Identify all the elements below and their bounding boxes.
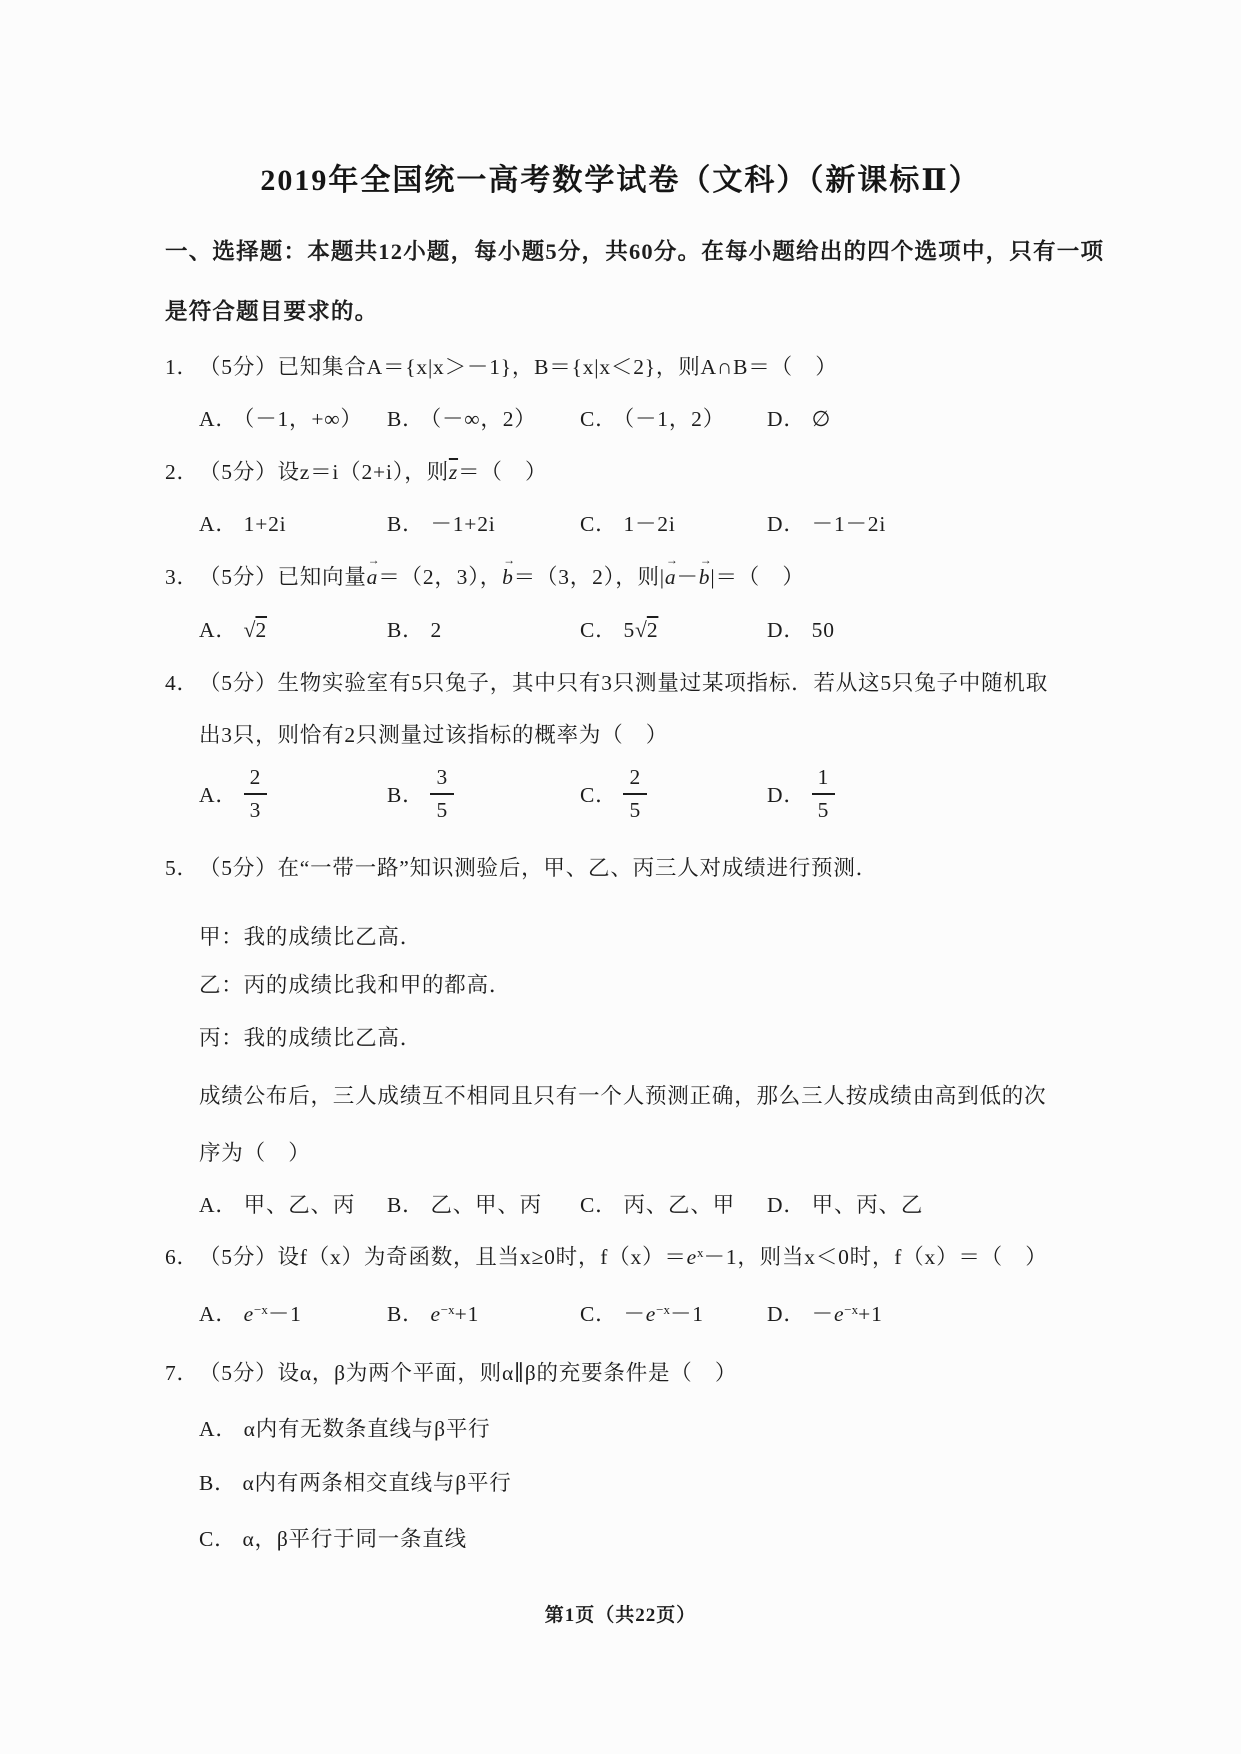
- option-b: B．e−x+1: [387, 1297, 580, 1328]
- exponent: −x: [656, 1302, 670, 1317]
- numerator: 2: [623, 765, 647, 795]
- option-c: C．丙、乙、甲: [580, 1188, 767, 1219]
- option-label: D．: [767, 618, 806, 642]
- option-label: D．: [767, 1193, 806, 1217]
- option-d: D．－1－2i: [767, 507, 1085, 538]
- question-2: 2． （5分）设z＝i（2+i），则z＝（ ）: [165, 455, 1085, 486]
- question-stem: （5分）已知集合A＝{x|x＞－1}，B＝{x|x＜2}，则A∩B＝（ ）: [199, 350, 838, 381]
- question-stem: （5分）已知向量→a＝（2，3），→b＝（3，2），则|→a－→b|＝（ ）: [199, 560, 805, 591]
- vector-arrow-icon: →: [368, 553, 380, 568]
- question-stem: （5分）在“一带一路”知识测验后，甲、乙、丙三人对成绩进行预测．: [199, 851, 878, 882]
- option-b: B．35: [387, 765, 580, 822]
- question-5-result-line1: 成绩公布后，三人成绩互不相同且只有一个人预测正确，那么三人按成绩由高到低的次: [199, 1079, 1085, 1110]
- option-c: C．－e−x－1: [580, 1297, 767, 1328]
- numerator: 2: [244, 765, 268, 795]
- option-c: C．5√2: [580, 613, 767, 644]
- option-text: α内有无数条直线与β平行: [244, 1417, 491, 1441]
- question-stem: （5分）设f（x）为奇函数，且当x≥0时，f（x）＝ex－1，则当x＜0时，f（…: [199, 1240, 1048, 1271]
- exponent: −x: [441, 1302, 455, 1317]
- vector-arrow-icon: →: [666, 553, 678, 568]
- option-label: A．: [199, 618, 238, 642]
- page-title: 2019年全国统一高考数学试卷（文科）（新课标Ⅱ）: [0, 155, 1241, 199]
- option-label: C．: [199, 1527, 236, 1551]
- section-header-line2: 是符合题目要求的。: [165, 294, 1085, 326]
- option-text: 50: [812, 618, 835, 642]
- question-6: 6． （5分）设f（x）为奇函数，且当x≥0时，f（x）＝ex－1，则当x＜0时…: [165, 1240, 1085, 1271]
- option-text: （－1，2）: [623, 407, 725, 431]
- question-number: 2．: [165, 455, 199, 486]
- question-7-option-a: A．α内有无数条直线与β平行: [199, 1412, 1085, 1443]
- option-label: C．: [580, 1193, 617, 1217]
- vector-a: →a: [367, 565, 379, 590]
- option-label: B．: [387, 1302, 424, 1326]
- question-number: 4．: [165, 666, 199, 697]
- euler-e: e: [646, 1302, 656, 1326]
- fraction: 15: [812, 765, 836, 822]
- question-2-options: A．1+2i B．－1+2i C．1－2i D．－1－2i: [199, 507, 1085, 538]
- fraction: 25: [623, 765, 647, 822]
- question-stem-line1: （5分）生物实验室有5只兔子，其中只有3只测量过某项指标．若从这5只兔子中随机取: [199, 666, 1048, 697]
- question-1: 1． （5分）已知集合A＝{x|x＞－1}，B＝{x|x＜2}，则A∩B＝（ ）: [165, 350, 1085, 381]
- option-c: C．1－2i: [580, 507, 767, 538]
- option-label: A．: [199, 1417, 238, 1441]
- question-5-statement-jia: 甲：我的成绩比乙高．: [199, 920, 1085, 951]
- question-4: 4． （5分）生物实验室有5只兔子，其中只有3只测量过某项指标．若从这5只兔子中…: [165, 666, 1085, 697]
- radical-sign: √: [635, 618, 647, 642]
- vector-a: →a: [665, 565, 677, 590]
- question-6-options: A．e−x－1 B．e−x+1 C．－e−x－1 D．－e−x+1: [199, 1297, 1085, 1328]
- option-text: －1－2i: [812, 512, 886, 536]
- radicand: 2: [255, 618, 267, 642]
- question-5-options: A．甲、乙、丙 B．乙、甲、丙 C．丙、乙、甲 D．甲、丙、乙: [199, 1188, 1085, 1219]
- euler-e: e: [834, 1302, 844, 1326]
- page-footer: 第1页（共22页）: [0, 1600, 1241, 1627]
- question-7: 7． （5分）设α，β为两个平面，则α∥β的充要条件是（ ）: [165, 1356, 1085, 1387]
- euler-e: e: [687, 1245, 697, 1269]
- denominator: 5: [812, 795, 836, 823]
- option-c: C．（－1，2）: [580, 402, 767, 433]
- question-7-option-b: B．α内有两条相交直线与β平行: [199, 1466, 1085, 1497]
- option-text: 1－2i: [623, 512, 675, 536]
- option-label: B．: [387, 512, 424, 536]
- euler-e: e: [430, 1302, 440, 1326]
- option-c: C．25: [580, 765, 767, 822]
- option-label: B．: [387, 778, 424, 809]
- option-label: A．: [199, 778, 238, 809]
- option-label: C．: [580, 1302, 617, 1326]
- option-label: A．: [199, 1302, 238, 1326]
- radical-sign: √: [244, 618, 256, 642]
- question-7-option-c: C．α，β平行于同一条直线: [199, 1522, 1085, 1553]
- vector-b: →b: [699, 565, 711, 590]
- option-label: D．: [767, 1302, 806, 1326]
- option-label: C．: [580, 512, 617, 536]
- question-5: 5． （5分）在“一带一路”知识测验后，甲、乙、丙三人对成绩进行预测．: [165, 851, 1085, 882]
- fraction: 35: [430, 765, 454, 822]
- option-text: －1+2i: [430, 512, 495, 536]
- question-5-statement-bing: 丙：我的成绩比乙高．: [199, 1021, 1085, 1052]
- vector-arrow-icon: →: [503, 553, 515, 568]
- exponent: −x: [254, 1302, 268, 1317]
- option-b: B．（－∞，2）: [387, 402, 580, 433]
- option-label: C．: [580, 778, 617, 809]
- question-number: 5．: [165, 851, 199, 882]
- option-label: B．: [199, 1471, 236, 1495]
- question-number: 6．: [165, 1240, 199, 1271]
- question-number: 3．: [165, 560, 199, 591]
- vector-b: →b: [502, 565, 514, 590]
- option-text: 2: [430, 618, 442, 642]
- numerator: 1: [812, 765, 836, 795]
- option-a: A．（－1，+∞）: [199, 402, 387, 433]
- z-conjugate: z: [449, 460, 458, 484]
- option-a: A．甲、乙、丙: [199, 1188, 387, 1219]
- question-4-options: A．23 B．35 C．25 D．15: [199, 765, 1085, 822]
- question-4-stem-line2: 出3只，则恰有2只测量过该指标的概率为（ ）: [199, 718, 1085, 749]
- option-label: D．: [767, 407, 806, 431]
- exponent: −x: [844, 1302, 858, 1317]
- option-text: 1+2i: [244, 512, 287, 536]
- option-a: A．√2: [199, 613, 387, 644]
- option-b: B．2: [387, 613, 580, 644]
- option-label: B．: [387, 618, 424, 642]
- question-1-options: A．（－1，+∞） B．（－∞，2） C．（－1，2） D．∅: [199, 402, 1085, 433]
- exam-page: 2019年全国统一高考数学试卷（文科）（新课标Ⅱ） 一、选择题：本题共12小题，…: [0, 0, 1241, 1754]
- option-a: A．1+2i: [199, 507, 387, 538]
- option-label: A．: [199, 512, 238, 536]
- option-label: C．: [580, 618, 617, 642]
- question-5-result-line2: 序为（ ）: [199, 1136, 1085, 1167]
- option-b: B．－1+2i: [387, 507, 580, 538]
- option-text: 丙、乙、甲: [623, 1193, 735, 1217]
- fraction: 23: [244, 765, 268, 822]
- option-a: A．23: [199, 765, 387, 822]
- option-d: D．50: [767, 613, 1085, 644]
- radicand: 2: [647, 618, 659, 642]
- vector-arrow-icon: →: [700, 553, 712, 568]
- option-d: D．甲、丙、乙: [767, 1188, 1085, 1219]
- denominator: 5: [623, 795, 647, 823]
- numerator: 3: [430, 765, 454, 795]
- section-header-line1: 一、选择题：本题共12小题，每小题5分，共60分。在每小题给出的四个选项中，只有…: [165, 234, 1085, 266]
- option-b: B．乙、甲、丙: [387, 1188, 580, 1219]
- question-stem: （5分）设α，β为两个平面，则α∥β的充要条件是（ ）: [199, 1356, 737, 1387]
- option-d: D．－e−x+1: [767, 1297, 1085, 1328]
- option-text: 甲、乙、丙: [244, 1193, 356, 1217]
- option-text: α，β平行于同一条直线: [242, 1527, 467, 1551]
- option-label: C．: [580, 407, 617, 431]
- option-text: （－∞，2）: [430, 407, 536, 431]
- option-a: A．e−x－1: [199, 1297, 387, 1328]
- euler-e: e: [244, 1302, 254, 1326]
- option-label: B．: [387, 1193, 424, 1217]
- question-3: 3． （5分）已知向量→a＝（2，3），→b＝（3，2），则|→a－→b|＝（ …: [165, 560, 1085, 591]
- denominator: 3: [244, 795, 268, 823]
- question-5-statement-yi: 乙：丙的成绩比我和甲的都高．: [199, 968, 1085, 999]
- denominator: 5: [430, 795, 454, 823]
- question-number: 7．: [165, 1356, 199, 1387]
- option-d: D．15: [767, 765, 1085, 822]
- option-text: 甲、丙、乙: [812, 1193, 924, 1217]
- option-label: B．: [387, 407, 424, 431]
- option-text: α内有两条相交直线与β平行: [242, 1471, 511, 1495]
- option-label: D．: [767, 512, 806, 536]
- option-d: D．∅: [767, 402, 1085, 433]
- question-number: 1．: [165, 350, 199, 381]
- option-text: 乙、甲、丙: [430, 1193, 542, 1217]
- option-label: A．: [199, 407, 238, 431]
- option-text: ∅: [812, 407, 832, 431]
- option-label: A．: [199, 1193, 238, 1217]
- option-label: D．: [767, 778, 806, 809]
- question-stem: （5分）设z＝i（2+i），则z＝（ ）: [199, 455, 547, 486]
- option-text: （－1，+∞）: [244, 407, 363, 431]
- question-3-options: A．√2 B．2 C．5√2 D．50: [199, 613, 1085, 644]
